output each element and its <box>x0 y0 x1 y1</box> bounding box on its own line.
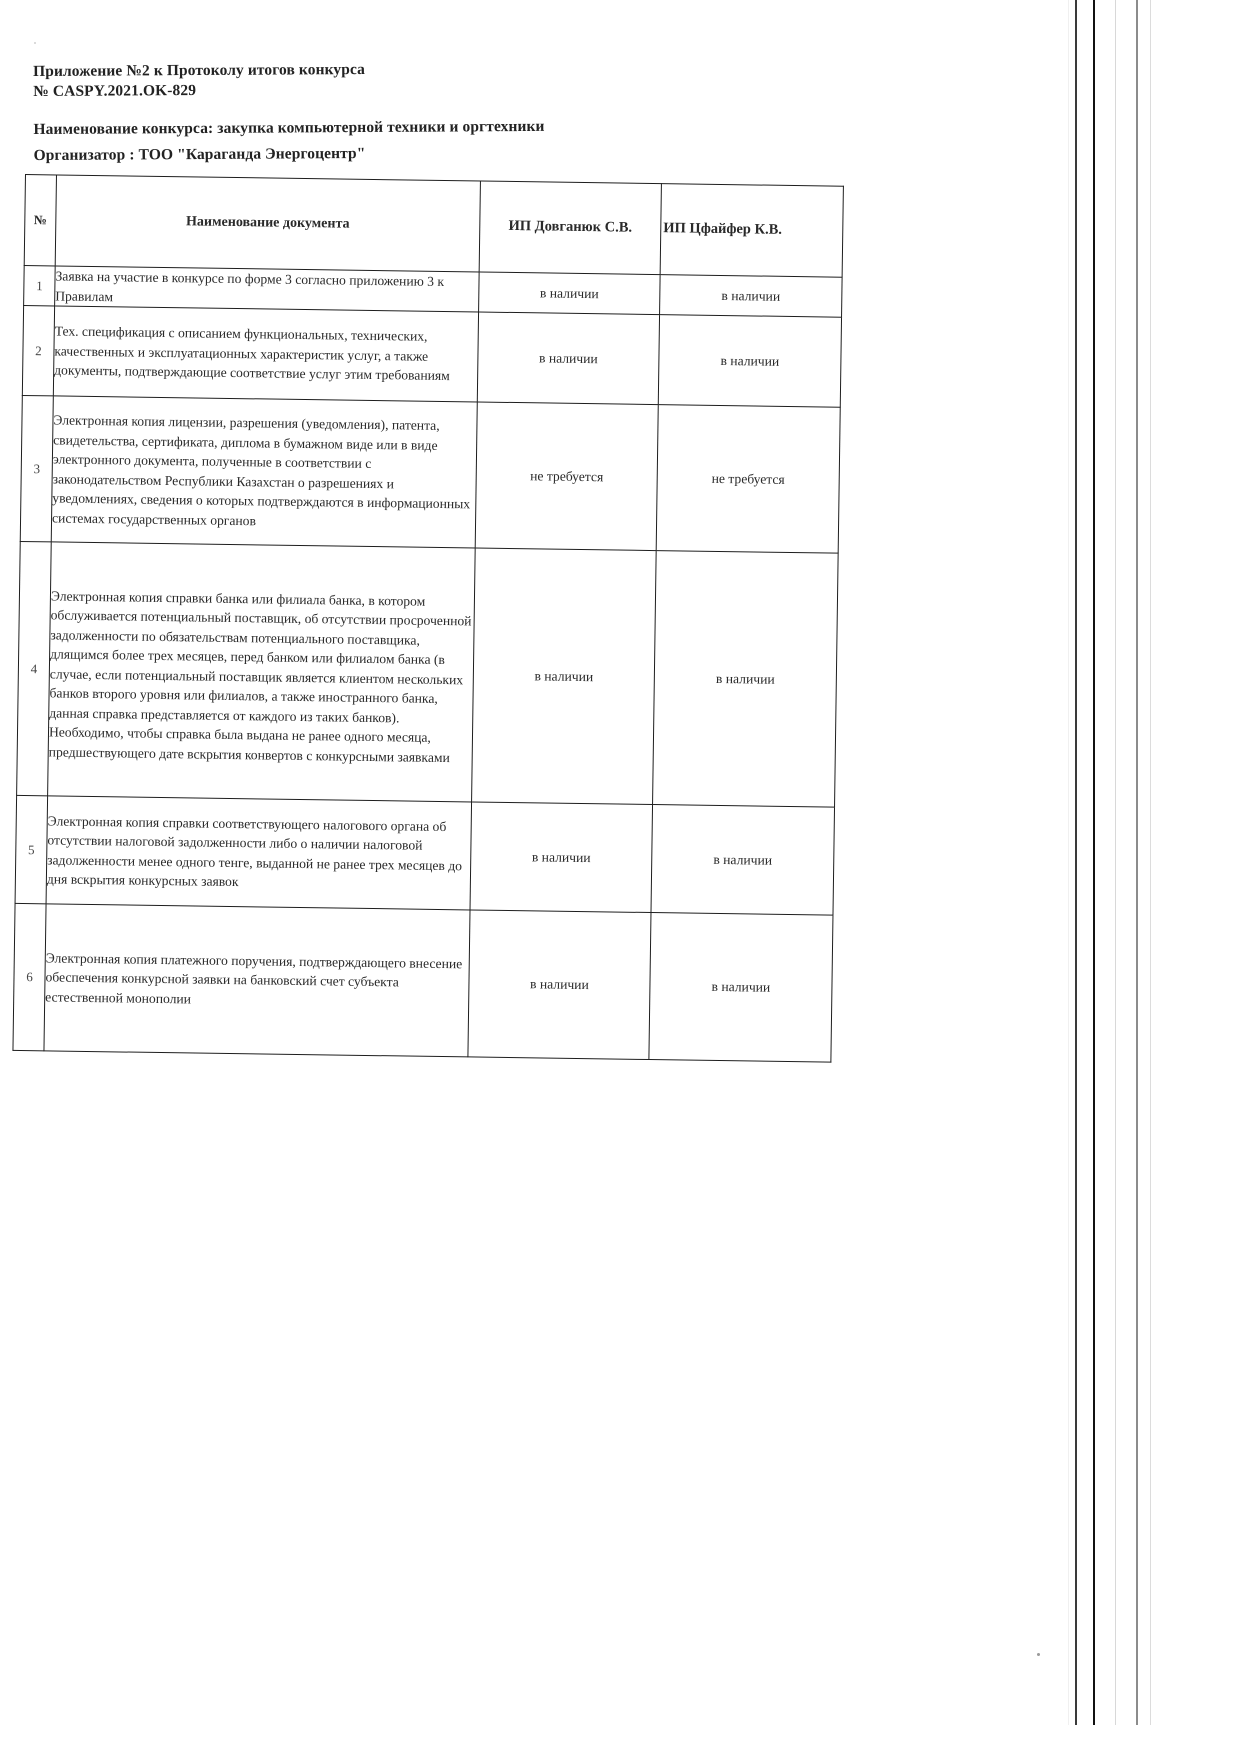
participant-1-status: в наличии <box>468 910 651 1060</box>
participant-2-status: в наличии <box>660 275 843 318</box>
table-row: 3 Электронная копия лицензии, разрешения… <box>20 395 840 553</box>
document-name-cell: Заявка на участие в конкурсе по форме 3 … <box>55 266 480 312</box>
contest-name: Наименование конкурса: закупка компьютер… <box>33 117 544 140</box>
document-name: Электронная копия справки банка или фили… <box>49 576 475 768</box>
row-number: 4 <box>17 541 52 795</box>
column-header-document-name: Наименование документа <box>55 175 480 272</box>
participant-2-status: в наличии <box>653 551 839 808</box>
document-name: Тех. спецификация с описанием функционал… <box>54 322 478 387</box>
row-number: 3 <box>20 395 53 541</box>
participant-1-status: в наличии <box>470 802 653 913</box>
row-number: 6 <box>13 903 46 1050</box>
document-header: Приложение №2 к Протоколу итогов конкурс… <box>33 59 545 166</box>
column-header-participant-1: ИП Довганюк С.В. <box>479 181 661 275</box>
row-number: 5 <box>15 795 48 903</box>
scan-artifact-line <box>1136 0 1138 1725</box>
scan-artifact-line <box>1150 0 1151 1725</box>
participant-2-status: в наличии <box>658 315 841 408</box>
document-name-cell: Электронная копия платежного поручения, … <box>44 904 470 1057</box>
documents-table: № Наименование документа ИП Довганюк С.В… <box>12 174 843 1063</box>
participant-1-status: в наличии <box>479 272 661 315</box>
participant-2-status: не требуется <box>656 405 840 554</box>
row-number: 1 <box>24 265 56 305</box>
document-name-cell: Электронная копия лицензии, разрешения (… <box>51 396 477 548</box>
column-header-number: № <box>24 175 56 266</box>
document-name: Электронная копия платежного поручения, … <box>45 948 469 1013</box>
scan-artifact-line <box>1068 0 1069 1725</box>
scanned-page: Приложение №2 к Протоколу итогов конкурс… <box>0 0 1240 1753</box>
document-name: Электронная копия лицензии, разрешения (… <box>52 410 477 533</box>
table-row: 2 Тех. спецификация с описанием функцион… <box>22 305 841 407</box>
document-name-cell: Электронная копия справки банка или фили… <box>48 542 476 802</box>
documents-table-wrapper: № Наименование документа ИП Довганюк С.В… <box>12 174 843 1063</box>
scan-artifact-line <box>1075 0 1077 1725</box>
table-row: 5 Электронная копия справки соответствую… <box>15 795 834 915</box>
participant-1-status: в наличии <box>472 548 657 805</box>
participant-2-status: в наличии <box>649 913 833 1063</box>
table-row: 4 Электронная копия справки банка или фи… <box>17 541 839 807</box>
participant-1-status: в наличии <box>477 312 659 405</box>
participant-2-status: в наличии <box>651 805 835 916</box>
participant-1-status: не требуется <box>475 402 658 551</box>
column-header-participant-2: ИП Цфайфер К.В. <box>660 184 843 278</box>
table-row: 6 Электронная копия платежного поручения… <box>13 903 833 1062</box>
document-name: Электронная копия справки соответствующе… <box>47 811 471 895</box>
scan-artifact-line <box>1115 0 1116 1725</box>
document-name: Заявка на участие в конкурсе по форме 3 … <box>55 266 479 311</box>
scan-speck <box>1037 1653 1040 1656</box>
organizer: Организатор : ТОО "Караганда Энергоцентр… <box>34 143 545 166</box>
scan-speck <box>34 42 36 44</box>
row-number: 2 <box>22 305 54 395</box>
document-name-cell: Электронная копия справки соответствующе… <box>46 796 472 910</box>
table-header-row: № Наименование документа ИП Довганюк С.В… <box>24 175 843 278</box>
document-name-cell: Тех. спецификация с описанием функционал… <box>53 306 478 402</box>
scan-artifact-line <box>1093 0 1095 1725</box>
